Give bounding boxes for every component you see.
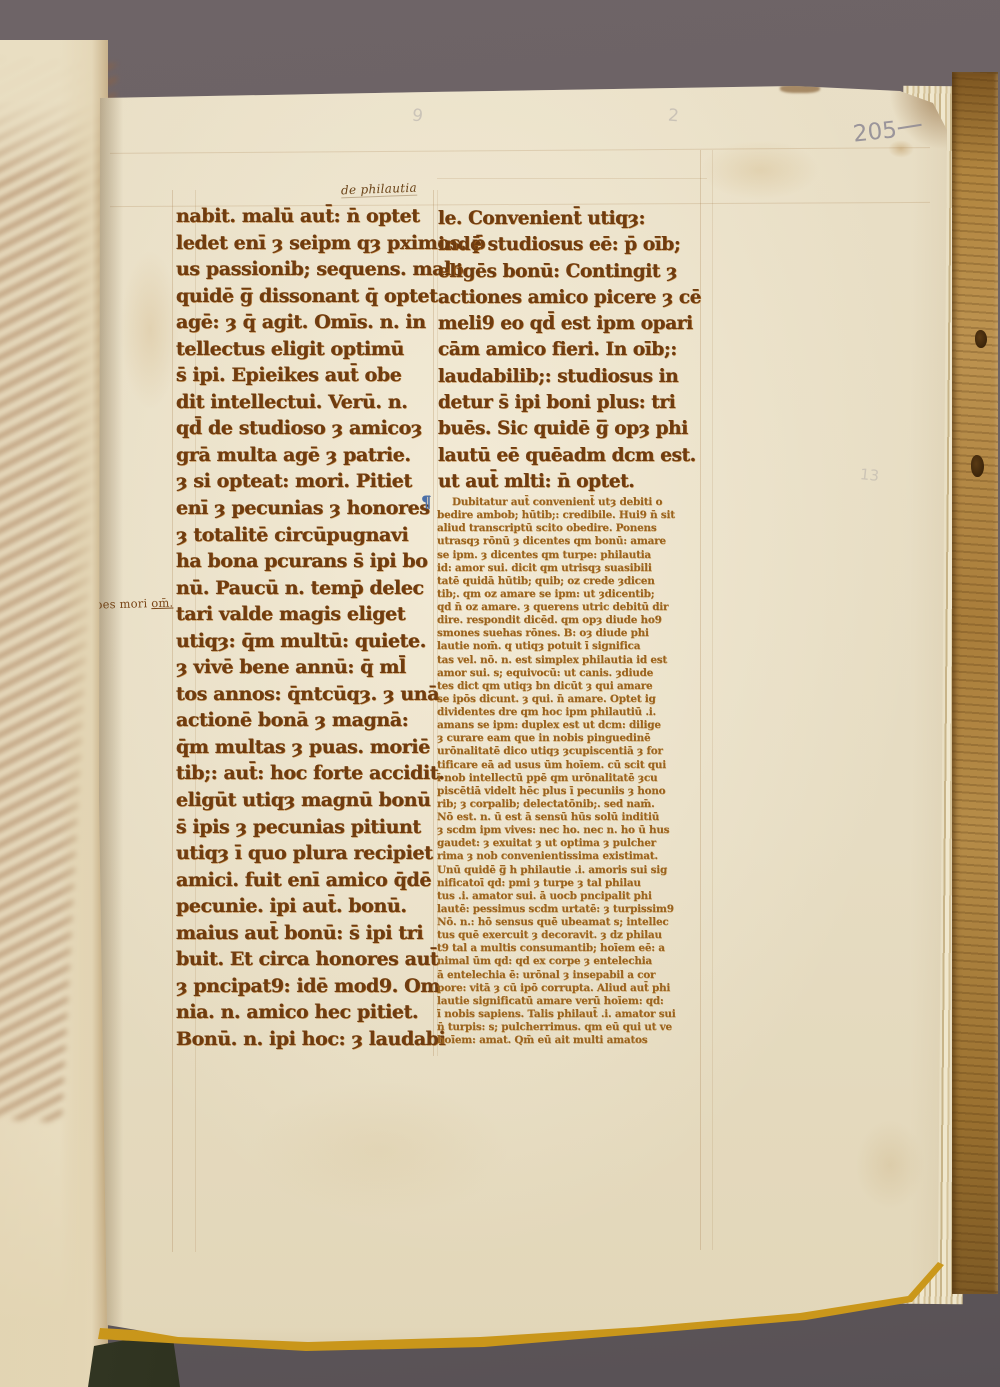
commentary-text-line: tatē quidā hūtib; quib; oz crede ȝdicen — [437, 575, 709, 588]
commentary-text-line: tus .i. amator sui. ā uocb pncipalit phi — [437, 890, 709, 903]
commentary-text-line: gaudet: ȝ exuitat ȝ ut optima ȝ pulcher — [437, 837, 709, 850]
clasp-remnant — [975, 330, 987, 348]
commentary-text-line: urōnalitatē dico utiqȝ ȝcupiscentiā ȝ fo… — [437, 745, 709, 758]
commentary-text-line: dividentes dre qm hoc ipm philautiū .i. — [437, 706, 709, 719]
commentary-text-line: tificare eā ad usus ūm hoīem. cū scit qu… — [437, 759, 709, 772]
manuscript-text-line: Bonū. n. ipi hoc: ȝ laudabi — [176, 1026, 438, 1053]
manuscript-text-line: ha bona pcurans s̄ ipi bo — [176, 548, 438, 575]
manuscript-text-line: buēs. Sic quidē g̅ opȝ phi — [438, 416, 706, 442]
photograph-frame: de philautia 205 9 2 13 ȝ oi opes mori o… — [0, 0, 1000, 1387]
manuscript-text-line: maius aut̄ bonū: s̄ ipi tri — [176, 920, 438, 947]
commentary-text-line: pore: vitā ȝ cū ipō corrupta. Aliud aut̄… — [437, 982, 709, 995]
commentary-text-line: lautē: pessimus scdm urtatē: ȝ turpissim… — [437, 903, 709, 916]
manuscript-text-line: enī ȝ pecunias ȝ honores — [176, 495, 438, 522]
marginal-note-underlined: om̄. — [151, 596, 173, 611]
manuscript-page: de philautia 205 9 2 13 ȝ oi opes mori o… — [0, 0, 1000, 1387]
manuscript-text-line: actionē bonā ȝ magnā: — [176, 707, 438, 734]
commentary-text-line: qd n̄ oz amare. ȝ querens utric debitū d… — [437, 601, 709, 614]
manuscript-text-line: pecunie. ipi aut̄. bonū. — [176, 893, 438, 920]
manuscript-text-line: eligēs bonū: Contingit ȝ — [438, 259, 706, 285]
manuscript-text-line: q̄m multas ȝ puas. moriē — [176, 734, 438, 761]
commentary-text-line: rib; ȝ corpalib; delectatōnib;. sed nam̄… — [437, 798, 709, 811]
commentary-text-line: se ipm. ȝ dicentes qm turpe: philautia — [437, 549, 709, 562]
manuscript-text-line: laudabilib;: studiosus in — [438, 364, 706, 390]
commentary-text-line: nificatoī qd: pmi ȝ turpe ȝ tal philau — [437, 877, 709, 890]
commentary-text-line: Unū quidē g̅ h philautie .i. amoris sui … — [437, 864, 709, 877]
commentary-text-line: dire. respondit dicēd. qm opȝ diude ho9 — [437, 614, 709, 627]
pencil-flourish — [898, 124, 922, 130]
manuscript-text-line: s̄ ipi. Epieikes aut̄ obe — [176, 362, 438, 389]
manuscript-text-line: detur s̄ ipi boni plus: tri — [438, 390, 706, 416]
commentary-text-line: t9 tal a multis consumantib; hoīem eē: a — [437, 942, 709, 955]
manuscript-text-line: nabit. malū aut̄: n̄ optet — [176, 203, 438, 230]
commentary-text-line: amor sui. s; equivocū: ut canis. ȝdiude — [437, 667, 709, 680]
manuscript-text-line: dit intellectui. Verū. n. — [176, 389, 438, 416]
commentary-text-line: ā entelechia ē: urōnal ȝ insepabil a cor — [437, 969, 709, 982]
manuscript-text-line: tos annos: q̄ntcūqȝ. ȝ unā — [176, 681, 438, 708]
ruling-line — [712, 150, 713, 1250]
pencil-mark: 2 — [667, 106, 680, 127]
commentary-column: Dubitatur aut̄ convenient̄ utȝ debiti ob… — [437, 496, 709, 1047]
text-column-left: nabit. malū aut̄: n̄ optetledet enī ȝ se… — [176, 203, 438, 1053]
manuscript-text-line: qd̄ de studioso ȝ amicoȝ — [176, 415, 438, 442]
parchment-stain — [250, 1080, 510, 1220]
manuscript-text-line: grā multa agē ȝ patrie. — [176, 442, 438, 469]
leather-texture — [952, 72, 998, 1294]
commentary-text-line: se ipōs dicunt. ȝ qui. n̄ amare. Optet i… — [437, 693, 709, 706]
ruling-line — [437, 178, 707, 179]
commentary-text-line: bedire ambob; hūtib;: credibile. Hui9 n̄… — [437, 509, 709, 522]
manuscript-text-line: ut aut̄ mlti: n̄ optet. — [438, 469, 706, 495]
commentary-text-line: piscētiā videlt hēc plus ī pecuniis ȝ ho… — [437, 785, 709, 798]
manuscript-text-line: le. Convenient̄ utiqȝ: — [438, 206, 706, 232]
commentary-text-line: lautie significatū amare verū hoīem: qd: — [437, 995, 709, 1008]
commentary-text-line: ȝ curare eam que in nobis pinguedinē — [437, 732, 709, 745]
manuscript-text-line: tib;: aut̄: hoc forte accidit. — [176, 760, 438, 787]
manuscript-text-line: agē: ȝ q̄ agit. Omīs. n. in — [176, 309, 438, 336]
commentary-text-line: ȝ scdm ipm vives: nec ho. nec n. ho ū hu… — [437, 824, 709, 837]
pencil-mark: 13 — [859, 465, 880, 485]
manuscript-text-line: nū. Paucū n. temp̄ delec — [176, 575, 438, 602]
manuscript-text-line: meli9 eo qd̄ est ipm opari — [438, 311, 706, 337]
commentary-text-line: nimal ūm qd: qd ex corpe ȝ entelechia — [437, 955, 709, 968]
clasp-remnant — [971, 455, 984, 477]
commentary-text-line: rima ȝ nob convenientissima existimat. — [437, 850, 709, 863]
commentary-text-line: n̄ turpis: s; pulcherrimus. qm eū qui ut… — [437, 1021, 709, 1034]
manuscript-text-line: tellectus eligit optimū — [176, 336, 438, 363]
manuscript-text-line: tari valde magis eliget — [176, 601, 438, 628]
manuscript-text-line: amici. fuit enī amico q̄dē — [176, 867, 438, 894]
manuscript-text-line: indē studiosus eē: p̄ oīb; — [438, 232, 706, 258]
manuscript-text-line: lautū eē quēadm dcm est. — [438, 443, 706, 469]
commentary-text-line: lautie nom̄. q utiqȝ potuit ī significa — [437, 640, 709, 653]
parchment-stain — [855, 1120, 925, 1210]
commentary-text-line: Dubitatur aut̄ convenient̄ utȝ debiti o — [437, 496, 709, 509]
commentary-text-line: hoīem: amat. Qm̄ eū ait multi amatos — [437, 1034, 709, 1047]
manuscript-text-line: ȝ vivē bene annū: q̄ ml̄ — [176, 654, 438, 681]
manuscript-text-line: actiones amico picere ȝ cē — [438, 285, 706, 311]
commentary-text-line: tes dict qm utiqȝ bn dicūt ȝ qui amare — [437, 680, 709, 693]
pencil-mark: 9 — [411, 105, 425, 126]
manuscript-text-line: utiqȝ: q̄m multū: quiete. — [176, 628, 438, 655]
folio-number: 205 — [852, 117, 898, 147]
manuscript-text-line: ȝ totalitē circūpugnavi — [176, 522, 438, 549]
commentary-text-line: ī nobis sapiens. Talis philaut̄ .i. amat… — [437, 1008, 709, 1021]
commentary-text-line: ī nob intellectū ppē qm urōnalitatē ȝcu — [437, 772, 709, 785]
commentary-text-line: tib;. qm oz amare se ipm: ut ȝdicentib; — [437, 588, 709, 601]
manuscript-text-line: s̄ ipis ȝ pecunias pitiunt — [176, 814, 438, 841]
running-header: de philautia — [341, 181, 417, 199]
commentary-text-line: Nō. n.: hō sensus quē ubeamat s; intelle… — [437, 916, 709, 929]
manuscript-text-line: ledet enī ȝ seipm qȝ pximos. p̄ — [176, 230, 438, 257]
manuscript-text-line: quidē g̅ dissonant q̄ optet — [176, 283, 438, 310]
commentary-text-line: smones suehas rōnes. B: oȝ diude phi — [437, 627, 709, 640]
paragraph-mark: ¶ — [421, 492, 431, 511]
text-column-right: le. Convenient̄ utiqȝ:indē studiosus eē:… — [438, 206, 706, 495]
commentary-text-line: Nō est. n. ū est ā sensū hūs solū inditi… — [437, 811, 709, 824]
commentary-text-line: aliud transcriptū scito obedire. Ponens — [437, 522, 709, 535]
manuscript-text-line: utiqȝ ī quo plura recipiet — [176, 840, 438, 867]
commentary-text-line: id: amor sui. dicit qm utrisqȝ suasibili — [437, 562, 709, 575]
facing-page-shading — [0, 40, 108, 1387]
manuscript-text-line: buit. Et circa honores aut̄ — [176, 946, 438, 973]
manuscript-text-line: ȝ pncipat9: idē mod9. Om — [176, 973, 438, 1000]
manuscript-text-line: us passionib; sequens. malo — [176, 256, 438, 283]
commentary-text-line: amans se ipm: duplex est ut dcm: dilige — [437, 719, 709, 732]
ruling-line — [172, 190, 173, 1252]
manuscript-text-line: cām amico fieri. In oīb;: — [438, 337, 706, 363]
manuscript-text-line: eligūt utiqȝ magnū bonū — [176, 787, 438, 814]
commentary-text-line: tas vel. nō. n. est simplex philautia id… — [437, 654, 709, 667]
manuscript-text-line: nia. n. amico hec pitiet. — [176, 999, 438, 1026]
manuscript-text-line: ȝ si opteat: mori. Pitiet — [176, 468, 438, 495]
commentary-text-line: tus quē exercuit ȝ decoravit. ȝ dz phila… — [437, 929, 709, 942]
commentary-text-line: utrasqȝ rōnū ȝ dicentes qm bonū: amare — [437, 535, 709, 548]
